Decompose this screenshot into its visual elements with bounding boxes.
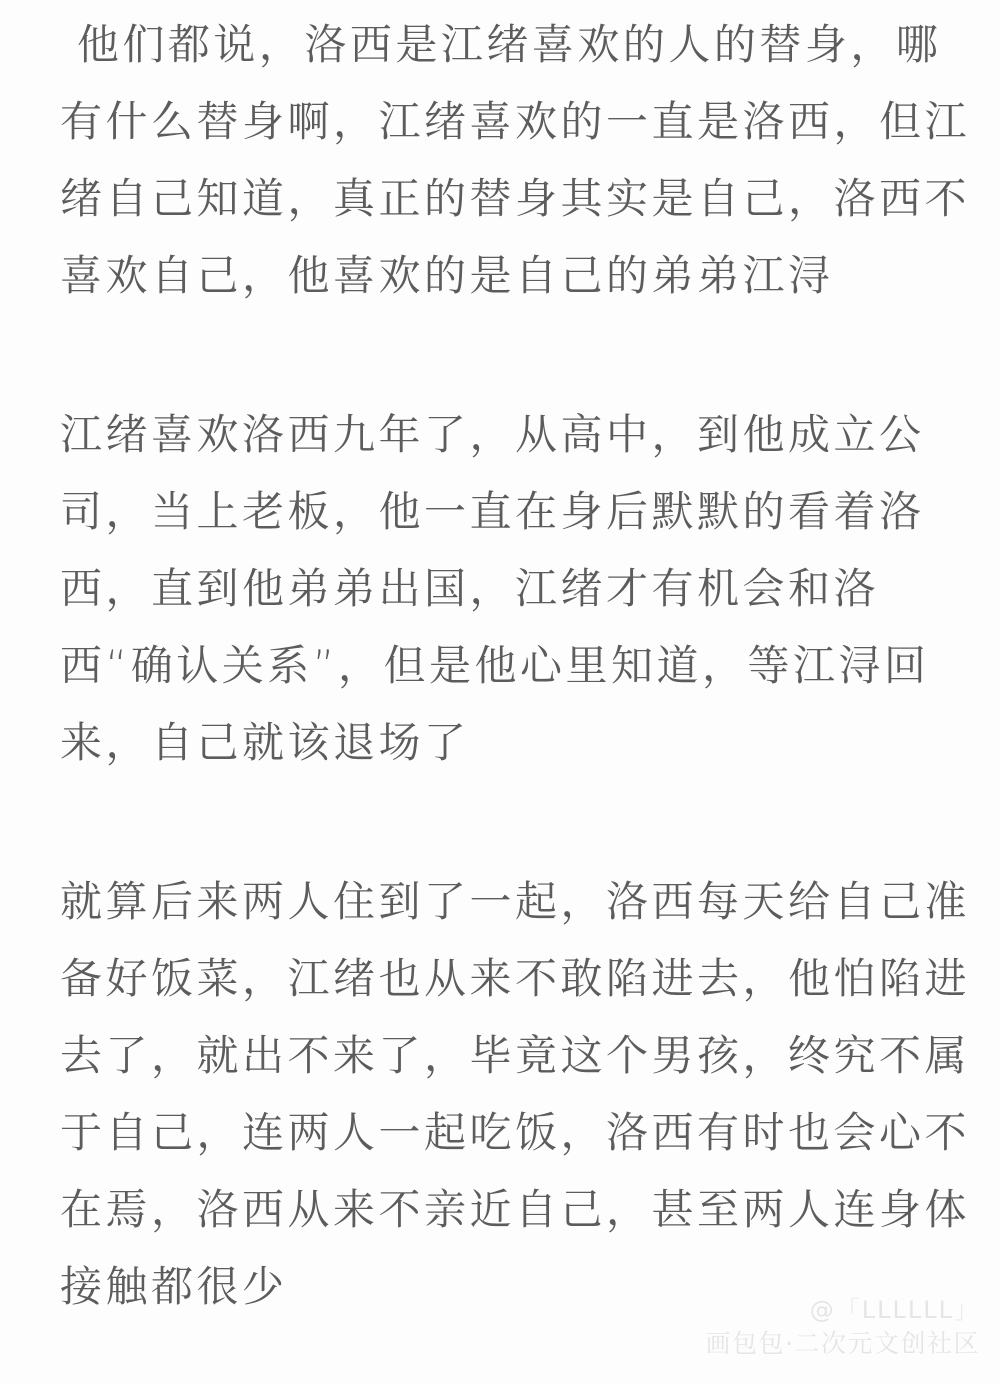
story-line: 江绪喜欢洛西九年了，从高中，到他成立公: [60, 396, 970, 473]
watermark-community-name: 画包包·二次元文创社区: [706, 1326, 980, 1362]
story-line: 西，直到他弟弟出国，江绪才有机会和洛: [60, 550, 970, 627]
story-line: 去了，就出不来了，毕竟这个男孩，终究不属: [60, 1017, 970, 1094]
story-line: 于自己，连两人一起吃饭，洛西有时也会心不: [60, 1094, 970, 1171]
paragraph-2: 江绪喜欢洛西九年了，从高中，到他成立公 司，当上老板，他一直在身后默默的看着洛 …: [60, 396, 970, 781]
story-line: 来，自己就该退场了: [60, 704, 970, 781]
story-line: 备好饭菜，江绪也从来不敢陷进去，他怕陷进: [60, 940, 970, 1017]
story-line: 他们都说，洛西是江绪喜欢的人的替身，哪: [60, 6, 970, 83]
story-line: 有什么替身啊，江绪喜欢的一直是洛西，但江: [60, 83, 970, 160]
story-line: 在焉，洛西从来不亲近自己，甚至两人连身体: [60, 1171, 970, 1248]
paragraph-1: 他们都说，洛西是江绪喜欢的人的替身，哪 有什么替身啊，江绪喜欢的一直是洛西，但江…: [60, 6, 970, 314]
story-line: 绪自己知道，真正的替身其实是自己，洛西不: [60, 160, 970, 237]
watermark: @「LLLLLL」 画包包·二次元文创社区: [706, 1295, 980, 1362]
story-text: 他们都说，洛西是江绪喜欢的人的替身，哪 有什么替身啊，江绪喜欢的一直是洛西，但江…: [0, 0, 1000, 1325]
story-line: 西“确认关系”，但是他心里知道，等江浔回: [60, 627, 970, 704]
story-line: 就算后来两人住到了一起，洛西每天给自己准: [60, 863, 970, 940]
text-page: 他们都说，洛西是江绪喜欢的人的替身，哪 有什么替身啊，江绪喜欢的一直是洛西，但江…: [0, 0, 1000, 1384]
watermark-author-handle: @「LLLLLL」: [706, 1295, 980, 1326]
story-line: 喜欢自己，他喜欢的是自己的弟弟江浔: [60, 237, 970, 314]
paragraph-3: 就算后来两人住到了一起，洛西每天给自己准 备好饭菜，江绪也从来不敢陷进去，他怕陷…: [60, 863, 970, 1325]
story-line: 司，当上老板，他一直在身后默默的看着洛: [60, 473, 970, 550]
